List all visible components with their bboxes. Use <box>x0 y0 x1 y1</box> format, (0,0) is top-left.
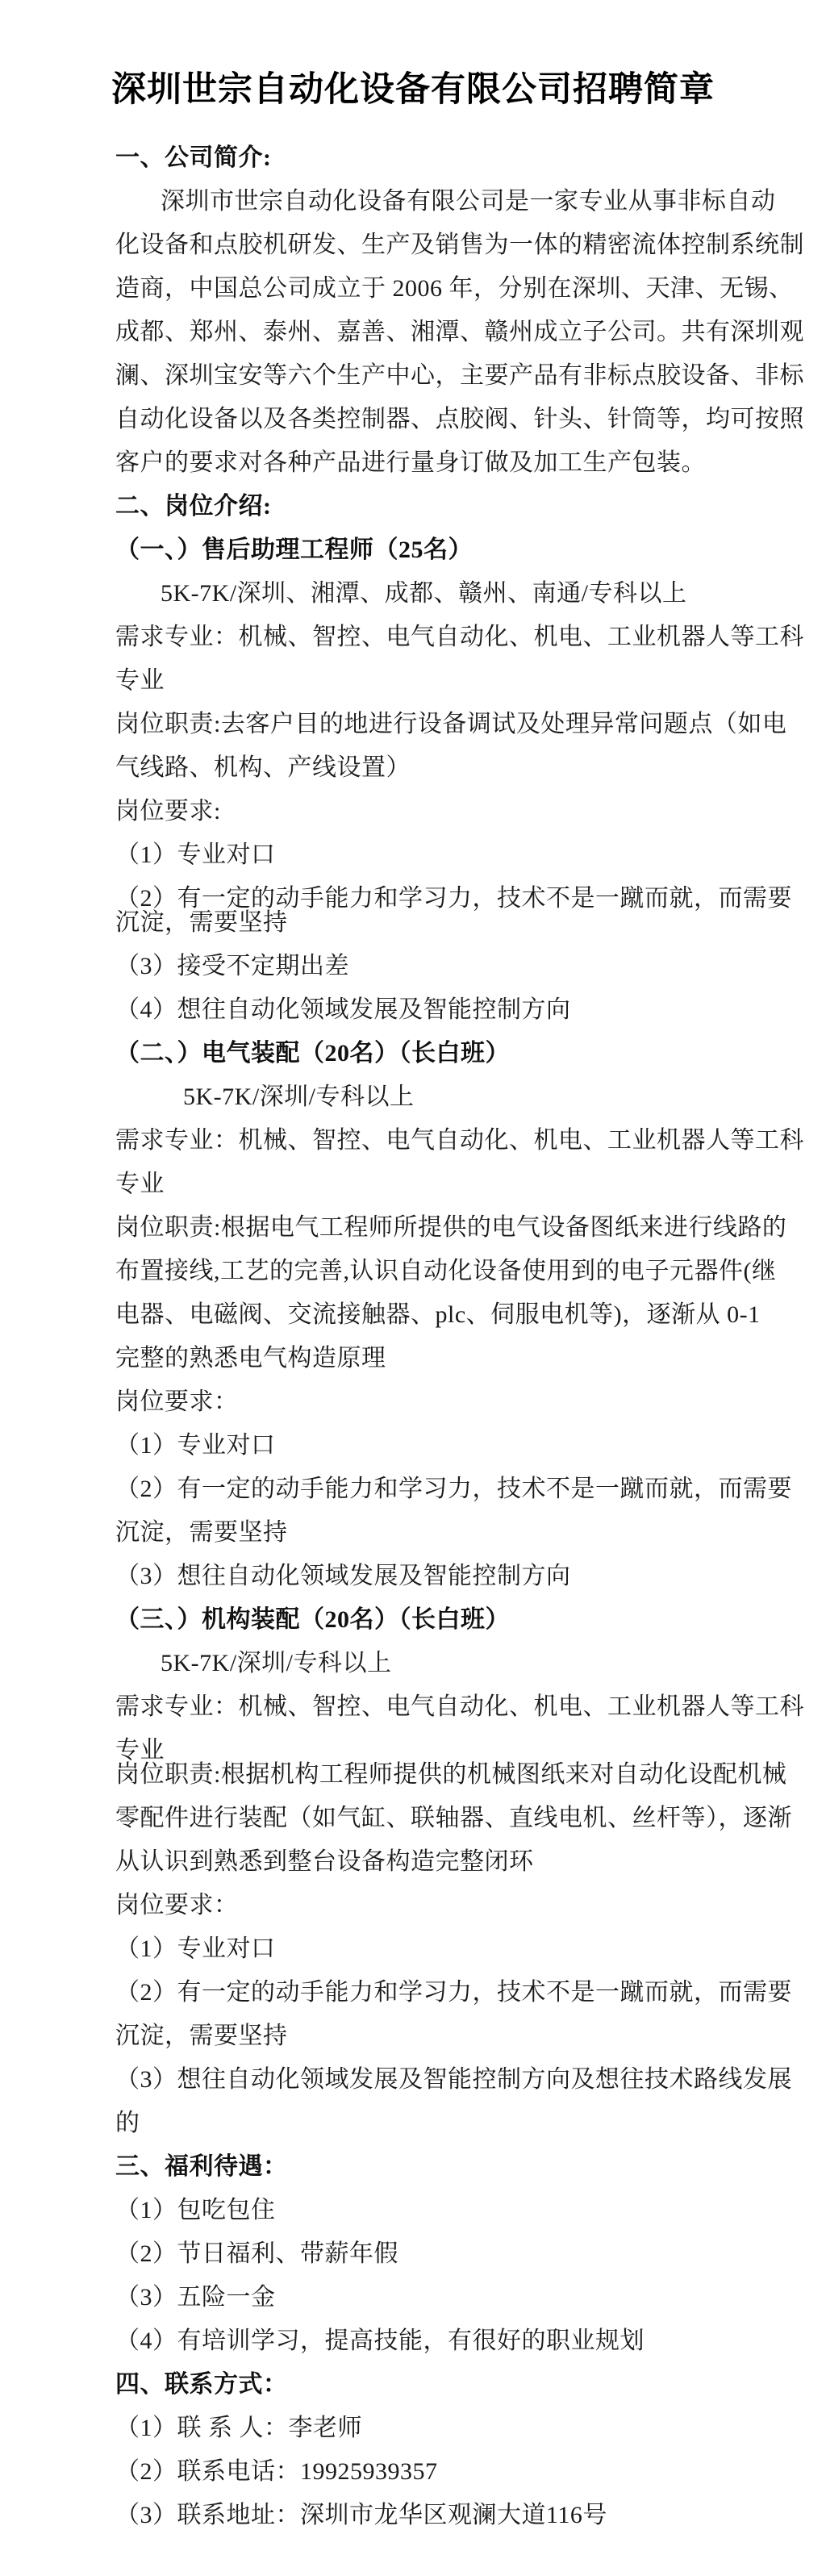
salary-location-line: 5K-7K/深圳/专科以上 <box>115 1085 781 1109</box>
job-title-electrical-assembly: （二、）电气装配（20名）（长白班） <box>115 1042 781 1066</box>
text-line: 自动化设备以及各类控制器、点胶阀、针头、针筒等，均可按照 <box>115 407 781 432</box>
text-line: 澜、深圳宝安等六个生产中心，主要产品有非标点胶设备、非标 <box>115 364 781 388</box>
text-line: （2）节日福利、带薪年假 <box>115 2242 781 2266</box>
text-line: （1）专业对口 <box>115 843 781 867</box>
text-line: 专业 <box>115 1172 781 1196</box>
document-title: 深圳世宗自动化设备有限公司招聘简章 <box>0 73 826 107</box>
text-line: 气线路、机构、产线设置） <box>115 756 781 780</box>
text-line: 专业 <box>115 669 781 693</box>
text-line: 需求专业：机械、智控、电气自动化、机电、工业机器人等工科 <box>115 1129 781 1153</box>
text-line: （3）想往自动化领域发展及智能控制方向 <box>115 1564 781 1589</box>
document-body: 一、公司简介:深圳市世宗自动化设备有限公司是一家专业从事非标自动化设备和点胶机研… <box>115 146 781 2528</box>
text-line: 化设备和点胶机研发、生产及销售为一体的精密流体控制系统制 <box>115 233 781 257</box>
contact-phone-line: （2）联系电话：19925939357 <box>115 2460 781 2484</box>
text-line: 造商，中国总公司成立于 2006 年，分别在深圳、天津、无锡、 <box>115 277 781 301</box>
section-heading-company-intro: 一、公司简介: <box>115 146 781 170</box>
contact-address-line: （3）联系地址：深圳市龙华区观澜大道116号 <box>115 2503 781 2528</box>
text-line: （3）接受不定期出差 <box>115 954 781 979</box>
text-line: （3）想往自动化领域发展及智能控制方向及想往技术路线发展 <box>115 2068 781 2092</box>
text-line: 零配件进行装配（如气缸、联轴器、直线电机、丝杆等），逐渐 <box>115 1806 781 1831</box>
section-heading-benefits: 三、福利待遇： <box>115 2155 781 2179</box>
text-line: 的 <box>115 2111 781 2136</box>
text-line: 岗位要求： <box>115 1390 781 1414</box>
salary-location-line: 5K-7K/深圳、湘潭、成都、赣州、南通/专科以上 <box>115 582 781 606</box>
text-line: （2）有一定的动手能力和学习力，技术不是一蹴而就，而需要 <box>115 887 781 911</box>
text-line: 深圳市世宗自动化设备有限公司是一家专业从事非标自动 <box>115 190 781 214</box>
text-line: （2）有一定的动手能力和学习力，技术不是一蹴而就，而需要 <box>115 1477 781 1501</box>
job-title-after-sales-engineer: （一、）售后助理工程师（25名） <box>115 538 781 562</box>
contact-person-line: （1）联 系 人：李老师 <box>115 2416 781 2440</box>
text-line: （3）五险一金 <box>115 2286 781 2310</box>
text-line: （1）专业对口 <box>115 1937 781 1961</box>
text-line: 需求专业：机械、智控、电气自动化、机电、工业机器人等工科 <box>115 1695 781 1719</box>
section-heading-positions: 二、岗位介绍: <box>115 495 781 519</box>
text-line: 岗位要求： <box>115 1893 781 1918</box>
text-line: 岗位职责:根据电气工程师所提供的电气设备图纸来进行线路的 <box>115 1216 781 1240</box>
recruitment-document: 深圳世宗自动化设备有限公司招聘简章 一、公司简介:深圳市世宗自动化设备有限公司是… <box>0 0 826 2576</box>
text-line: 电器、电磁阀、交流接触器、plc、伺服电机等)，逐渐从 0-1 <box>115 1303 781 1327</box>
text-line: 岗位要求: <box>115 800 781 824</box>
job-title-mechanical-assembly: （三、）机构装配（20名）（长白班） <box>115 1608 781 1632</box>
text-line: 专业 <box>115 1739 781 1763</box>
text-line: 岗位职责:去客户目的地进行设备调试及处理异常问题点（如电 <box>115 712 781 737</box>
text-line: 沉淀，需要坚持 <box>115 2024 781 2048</box>
text-line: 需求专业：机械、智控、电气自动化、机电、工业机器人等工科 <box>115 625 781 649</box>
section-heading-contact: 四、联系方式： <box>115 2373 781 2397</box>
text-line: （1）专业对口 <box>115 1434 781 1458</box>
text-line: 岗位职责:根据机构工程师提供的机械图纸来对自动化设配机械 <box>115 1763 781 1787</box>
salary-location-line: 5K-7K/深圳/专科以上 <box>115 1651 781 1676</box>
text-line: 沉淀，需要坚持 <box>115 911 781 935</box>
text-line: 布置接线,工艺的完善,认识自动化设备使用到的电子元器件(继 <box>115 1259 781 1284</box>
text-line: 客户的要求对各种产品进行量身订做及加工生产包装。 <box>115 451 781 475</box>
text-line: （4）有培训学习，提高技能，有很好的职业规划 <box>115 2329 781 2353</box>
text-line: （2）有一定的动手能力和学习力，技术不是一蹴而就，而需要 <box>115 1981 781 2005</box>
text-line: （1）包吃包住 <box>115 2198 781 2223</box>
text-line: 从认识到熟悉到整台设备构造完整闭环 <box>115 1850 781 1874</box>
text-line: （4）想往自动化领域发展及智能控制方向 <box>115 998 781 1022</box>
text-line: 完整的熟悉电气构造原理 <box>115 1346 781 1371</box>
text-line: 成都、郑州、泰州、嘉善、湘潭、赣州成立子公司。共有深圳观 <box>115 320 781 344</box>
text-line: 沉淀，需要坚持 <box>115 1521 781 1545</box>
